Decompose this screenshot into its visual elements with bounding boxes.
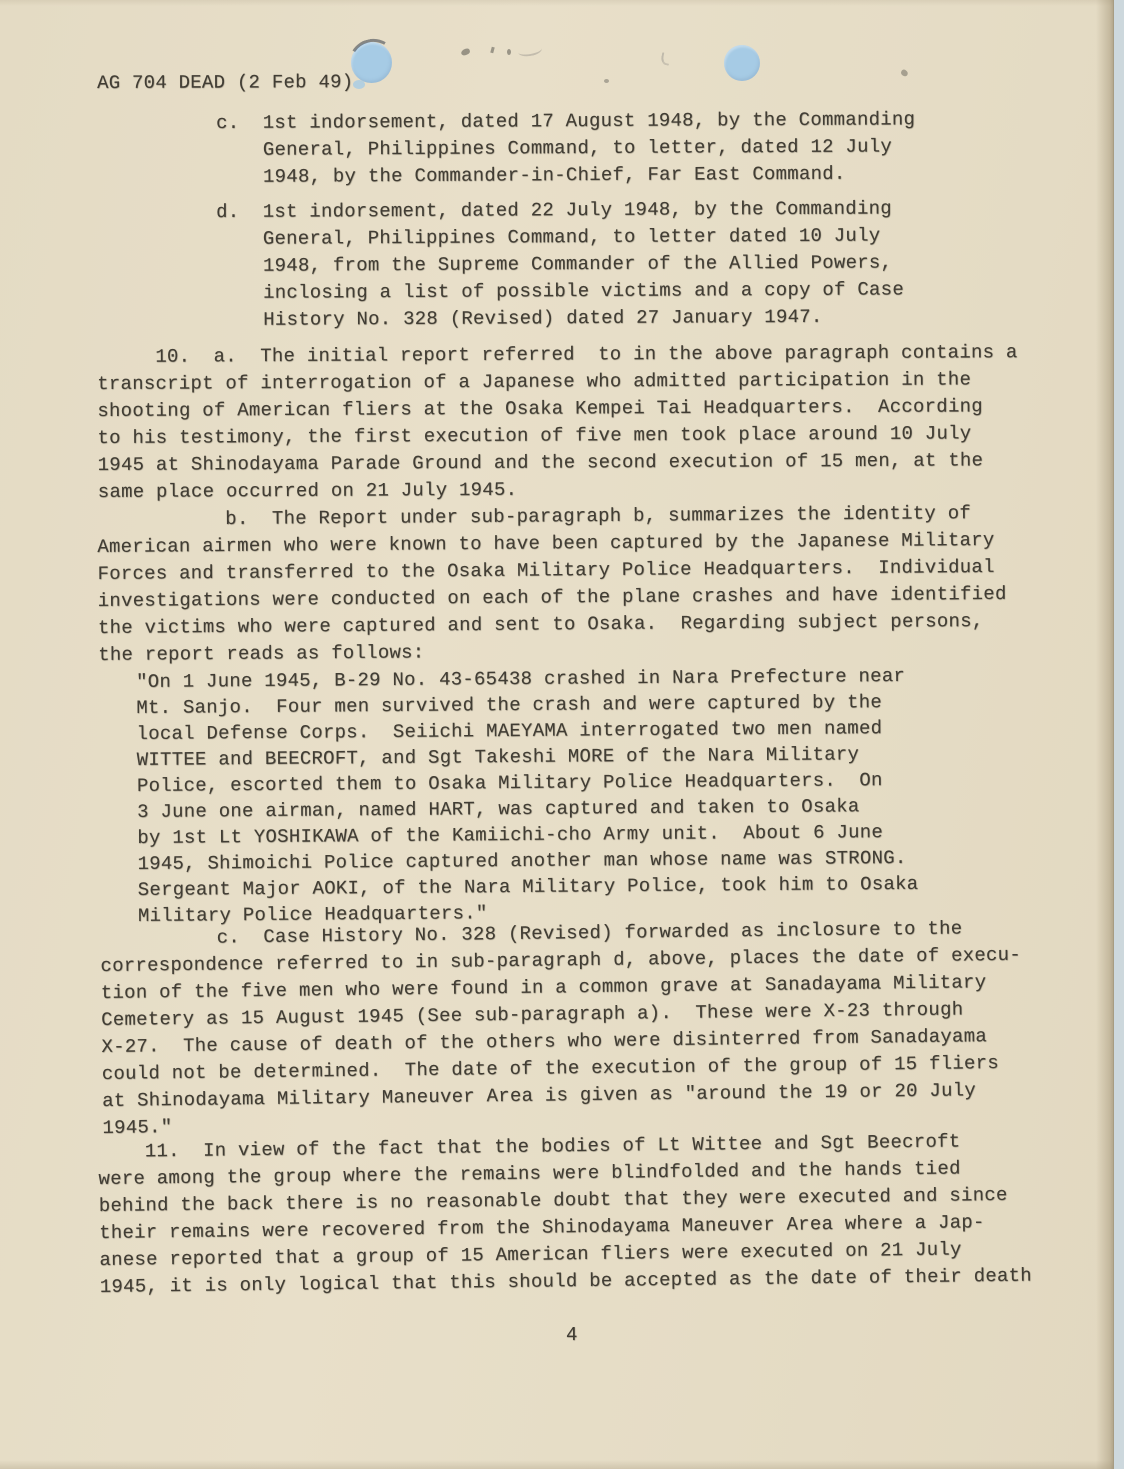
pencil-smudge-icon — [507, 49, 511, 55]
paragraph-indorsement-d: d. 1st indorsement, dated 22 July 1948, … — [216, 195, 904, 334]
file-reference-header: AG 704 DEAD (2 Feb 49) — [97, 69, 353, 97]
paragraph-11: 11. In view of the fact that the bodies … — [98, 1128, 1032, 1301]
scanner-background-strip — [1113, 0, 1124, 1469]
paper-top-edge-shadow — [0, 0, 1113, 6]
pencil-smudge-icon — [517, 43, 543, 58]
paper-right-edge-shadow — [1096, 0, 1113, 1469]
paragraph-10a: 10. a. The initial report referred to in… — [97, 339, 1018, 506]
pencil-smudge-icon — [660, 52, 671, 66]
paper-bottom-edge-shadow — [0, 1460, 1113, 1469]
pencil-smudge-icon — [490, 47, 494, 54]
paragraph-10b: b. The Report under sub-paragraph b, sum… — [97, 500, 1007, 669]
paragraph-10c-case-history: c. Case History No. 328 (Revised) forwar… — [100, 915, 1023, 1142]
hole-punch-dot-left-icon — [351, 42, 392, 83]
page-number: 4 — [566, 1322, 578, 1349]
report-quote-block: "On 1 June 1945, B-29 No. 43-65438 crash… — [136, 663, 919, 929]
pencil-smudge-icon — [460, 48, 471, 57]
paragraph-indorsement-c: c. 1st indorsement, dated 17 August 1948… — [216, 106, 916, 191]
hole-punch-dot-right-icon — [724, 45, 760, 81]
pencil-smudge-icon — [900, 69, 909, 78]
document-sheet: AG 704 DEAD (2 Feb 49) c. 1st indorsemen… — [0, 0, 1124, 1469]
pencil-smudge-icon — [604, 79, 609, 83]
